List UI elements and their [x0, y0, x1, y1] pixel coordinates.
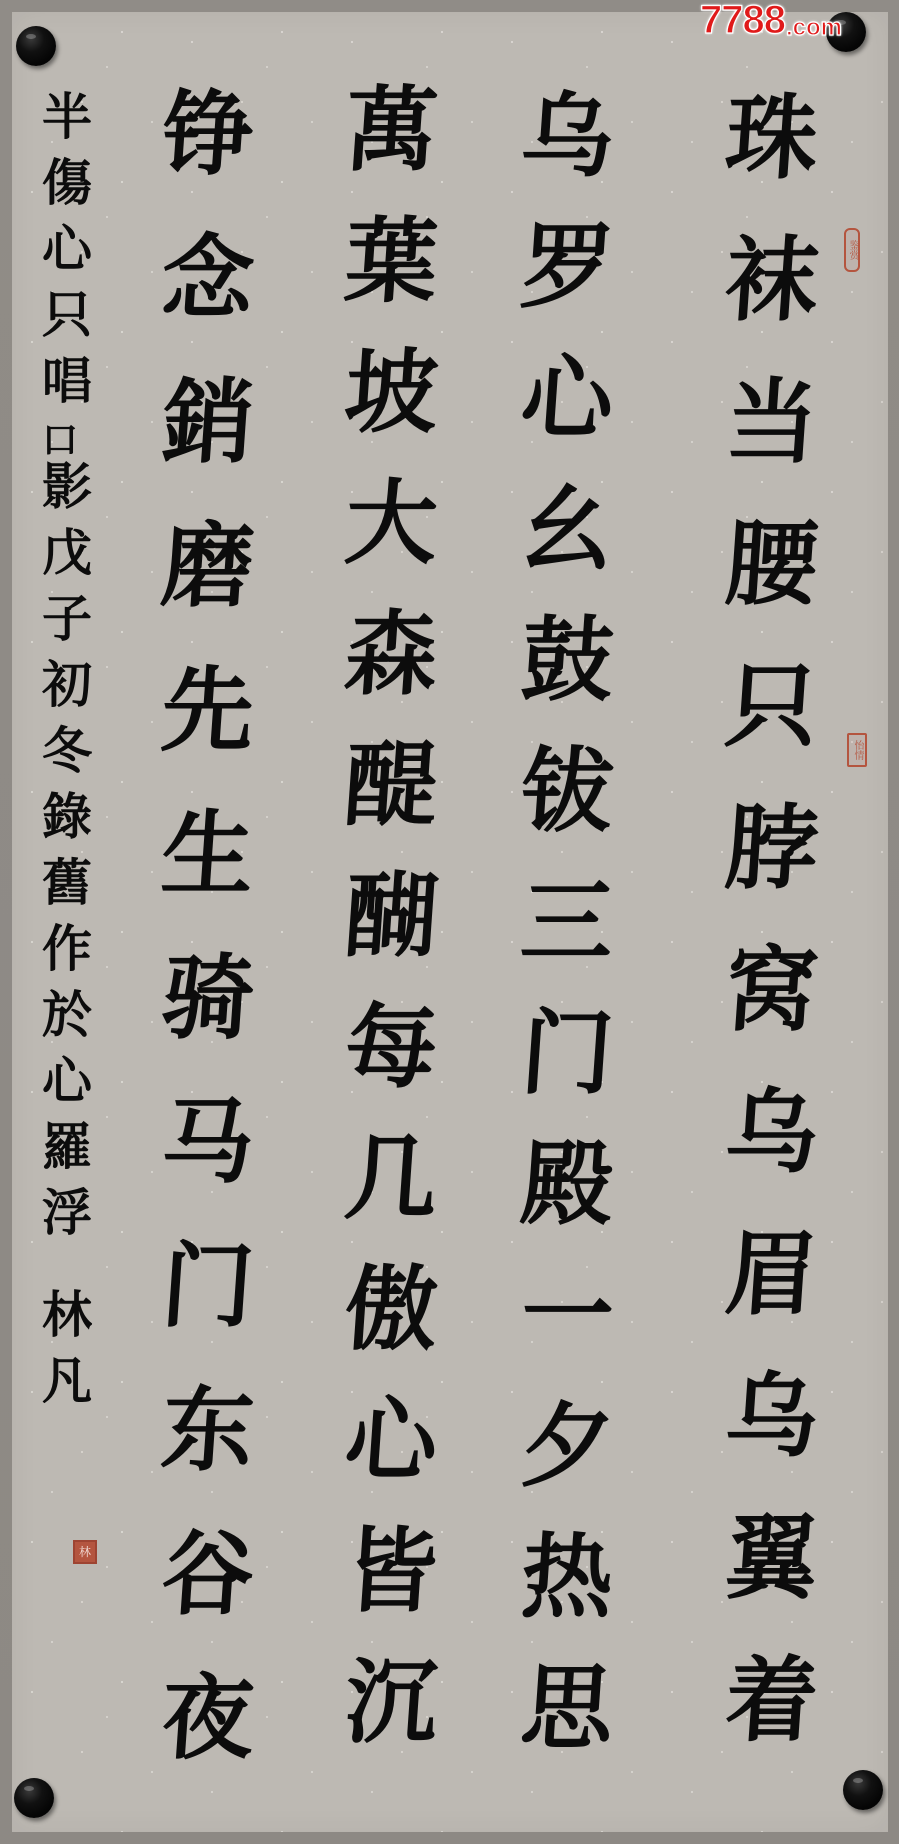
- glyph: 子: [42, 594, 92, 660]
- glyph: 森: [339, 608, 440, 739]
- calligraphy-column-2: 乌 罗 心 幺 鼓 钹 三 门 殿 一 夕 热 思: [520, 90, 612, 1793]
- glyph: 心: [42, 1056, 92, 1122]
- glyph: 一: [515, 1269, 616, 1400]
- glyph: 幺: [515, 483, 616, 614]
- glyph: 沉: [339, 1656, 440, 1787]
- magnet-top-left-icon: [16, 26, 56, 66]
- glyph: 门: [515, 1007, 616, 1138]
- glyph: 傲: [339, 1263, 440, 1394]
- glyph: 醍: [339, 739, 440, 870]
- calligraphy-column-1: 珠 袜 当 腰 只 脖 窝 乌 眉 乌 翼 着: [724, 92, 816, 1796]
- glyph: 东: [155, 1384, 257, 1528]
- glyph: 磨: [155, 520, 257, 664]
- glyph: 只: [42, 290, 92, 356]
- glyph: 骑: [155, 952, 257, 1096]
- glyph: 乌: [515, 90, 616, 221]
- watermark-number: 7788: [700, 0, 785, 40]
- glyph: 唱: [42, 356, 92, 422]
- glyph: 鼓: [515, 614, 616, 745]
- glyph: 窝: [719, 944, 821, 1086]
- glyph: 冬: [42, 726, 92, 792]
- glyph: 谷: [155, 1528, 257, 1672]
- glyph: 皆: [339, 1525, 440, 1656]
- calligraphy-column-3: 萬 葉 坡 大 森 醍 醐 每 几 傲 心 皆 沉: [344, 84, 436, 1787]
- glyph: 夕: [515, 1400, 616, 1531]
- glyph: 作: [42, 924, 92, 990]
- glyph: 钹: [515, 745, 616, 876]
- glyph: 脖: [719, 802, 821, 944]
- glyph: 於: [42, 990, 92, 1056]
- glyph: 眉: [719, 1228, 821, 1370]
- glyph: 着: [719, 1654, 821, 1796]
- seal-middle: 怡情: [847, 733, 867, 767]
- glyph: 葉: [339, 215, 440, 346]
- glyph: 只: [719, 660, 821, 802]
- glyph: 舊: [42, 858, 92, 924]
- glyph: 乌: [719, 1086, 821, 1228]
- glyph: 醐: [339, 870, 440, 1001]
- magnet-bottom-right-icon: [843, 1770, 883, 1810]
- glyph: 心: [339, 1394, 440, 1525]
- glyph: 大: [339, 477, 440, 608]
- glyph: 念: [155, 232, 257, 376]
- glyph: 珠: [719, 92, 821, 234]
- glyph: 思: [515, 1662, 616, 1793]
- glyph: 三: [515, 876, 616, 1007]
- glyph: 生: [155, 808, 257, 952]
- glyph: 殿: [515, 1138, 616, 1269]
- glyph: 先: [155, 664, 257, 808]
- seal-signature: 林: [73, 1540, 97, 1564]
- glyph: 马: [155, 1096, 257, 1240]
- glyph: 萬: [339, 84, 440, 215]
- glyph: 影: [42, 462, 92, 528]
- glyph: 翼: [719, 1512, 821, 1654]
- glyph: 夜: [155, 1672, 257, 1816]
- glyph: 铮: [155, 88, 257, 232]
- glyph: 戊: [42, 528, 92, 594]
- glyph: 乌: [719, 1370, 821, 1512]
- glyph: 热: [515, 1531, 616, 1662]
- site-watermark: 7788 .com: [700, 4, 842, 40]
- glyph: 錄: [42, 792, 92, 858]
- watermark-domain: .com: [786, 16, 842, 40]
- glyph: 傷: [42, 158, 92, 224]
- glyph: 罗: [515, 221, 616, 352]
- signature-glyph: 林: [42, 1290, 92, 1356]
- glyph: 銷: [155, 376, 257, 520]
- glyph: 口: [42, 422, 78, 462]
- glyph: 每: [339, 1001, 440, 1132]
- glyph: 初: [42, 660, 92, 726]
- glyph: 几: [339, 1132, 440, 1263]
- glyph: 心: [42, 224, 92, 290]
- magnet-bottom-left-icon: [14, 1778, 54, 1818]
- glyph: 半: [42, 92, 92, 158]
- seal-top: 鉴赏: [844, 228, 860, 272]
- glyph: 浮: [42, 1188, 92, 1254]
- calligraphy-column-4: 铮 念 銷 磨 先 生 骑 马 门 东 谷 夜: [160, 88, 252, 1816]
- glyph: 坡: [339, 346, 440, 477]
- inscription-column: 半 傷 心 只 唱 口 影 戊 子 初 冬 錄 舊 作 於 心 羅 浮 林 凡: [42, 92, 92, 1422]
- glyph: 腰: [719, 518, 821, 660]
- signature-glyph: 凡: [42, 1356, 92, 1422]
- glyph: 门: [155, 1240, 257, 1384]
- glyph: 当: [719, 376, 821, 518]
- glyph: 袜: [719, 234, 821, 376]
- glyph: 羅: [42, 1122, 92, 1188]
- glyph: 心: [515, 352, 616, 483]
